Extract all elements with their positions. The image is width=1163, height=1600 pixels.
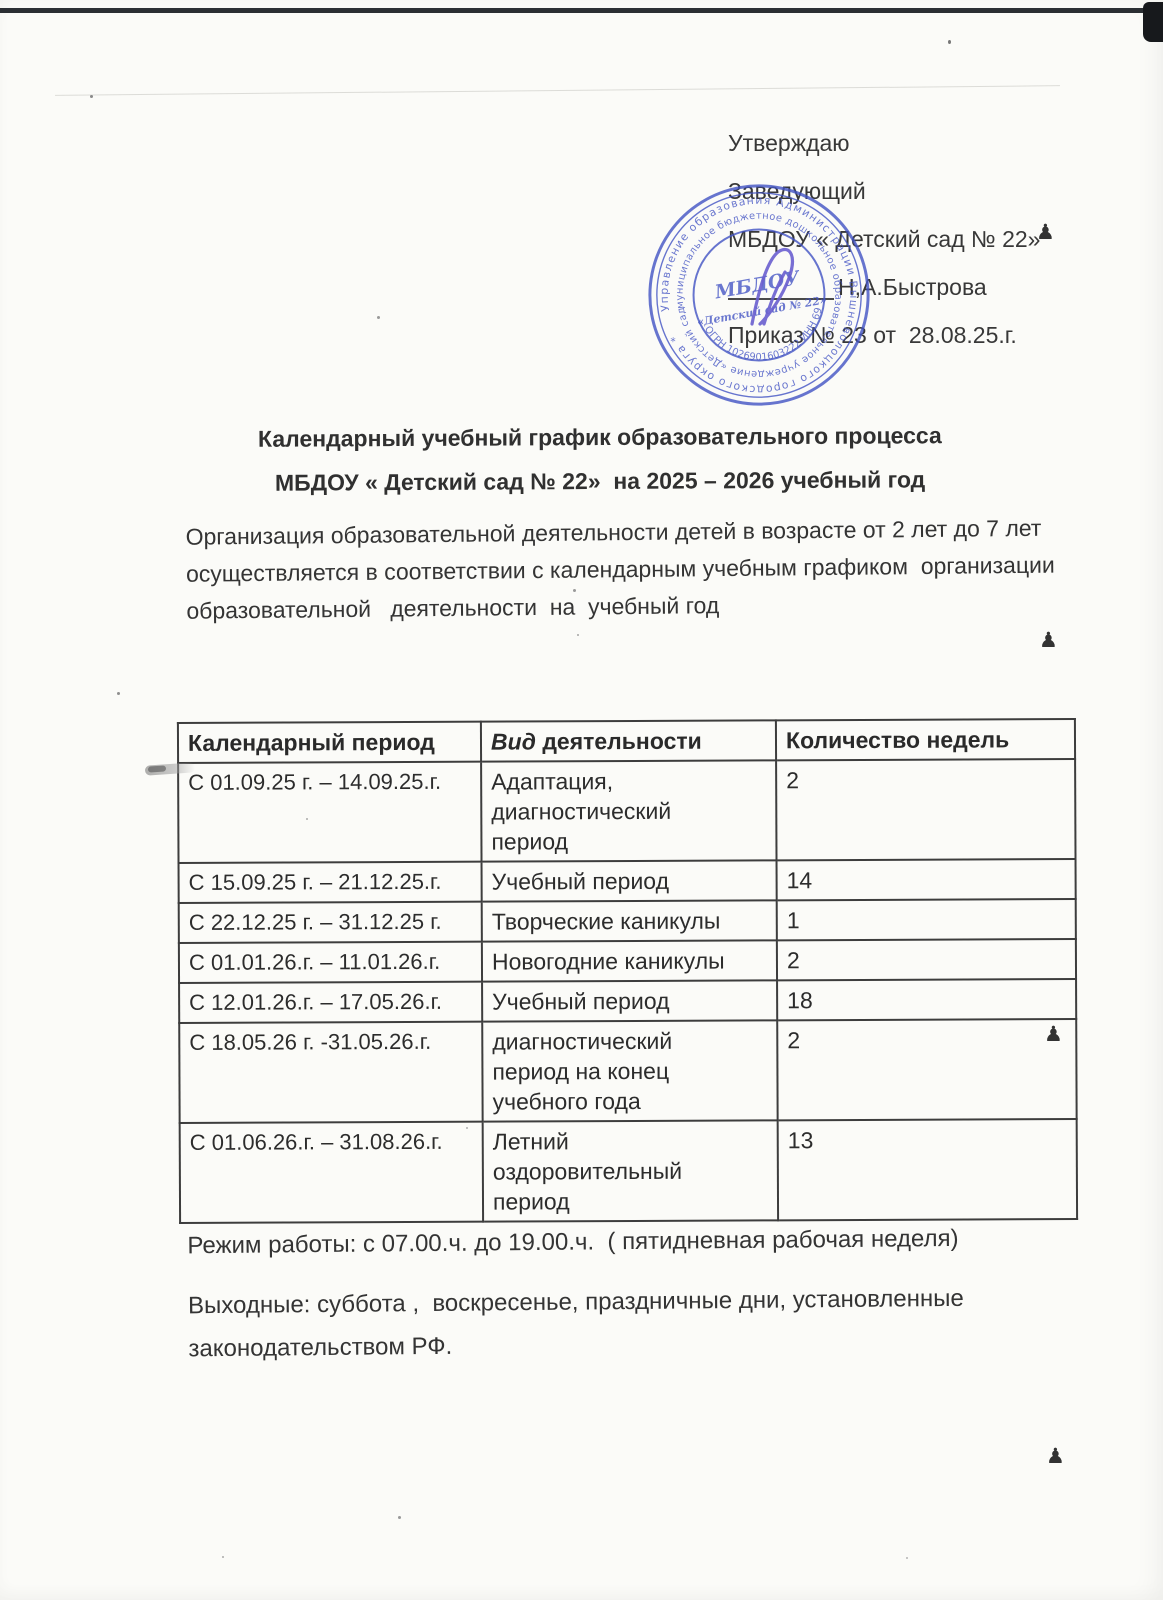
- scan-speck: [377, 316, 380, 319]
- cell-activity: Учебный период: [482, 980, 777, 1021]
- cell-activity: Новогодние каникулы: [482, 940, 777, 981]
- scan-hairline: [55, 85, 1060, 96]
- table-row: С 22.12.25 г. – 31.12.25 г. Творческие к…: [179, 899, 1076, 943]
- table-header-row: Календарный период Вид деятельности Коли…: [178, 719, 1075, 763]
- intro-paragraph: Организация образовательной деятельности…: [185, 509, 1086, 629]
- scan-smudge-core: [148, 765, 166, 772]
- pin-mark-icon: ♟: [1036, 222, 1055, 243]
- working-hours-line: Режим работы: с 07.00.ч. до 19.00.ч. ( п…: [187, 1224, 1087, 1261]
- scanned-document-page: Утверждаю Заведующий МБДОУ « Детский сад…: [0, 0, 1163, 1600]
- cell-period: С 01.01.26.г. – 11.01.26.г.: [179, 942, 482, 983]
- table-row: С 12.01.26.г. – 17.05.26.г. Учебный пери…: [179, 979, 1076, 1023]
- scan-speck: [90, 95, 93, 98]
- scan-speck: [222, 1556, 224, 1558]
- cell-weeks: 1: [777, 899, 1076, 940]
- cell-weeks: 2: [777, 1019, 1076, 1120]
- cell-weeks: 13: [778, 1119, 1077, 1220]
- cell-period: С 18.05.26 г. -31.05.26.г.: [179, 1022, 482, 1123]
- cell-activity: Адаптация, диагностический период: [481, 760, 776, 861]
- scan-speck: [117, 692, 120, 695]
- weekend-lines: Выходные: суббота , воскресенье, праздни…: [188, 1276, 1089, 1371]
- cell-weeks: 14: [777, 859, 1076, 900]
- cell-period: С 01.09.25 г. – 14.09.25.г.: [178, 762, 481, 863]
- schedule-table: Календарный период Вид деятельности Коли…: [177, 718, 1078, 1224]
- scan-speck: [573, 589, 576, 592]
- col-header-weeks: Количество недель: [776, 719, 1075, 760]
- cell-activity: Творческие каникулы: [482, 900, 777, 941]
- col-header-activity: Вид деятельности: [481, 720, 776, 761]
- cell-activity: диагностический период на конец учебного…: [482, 1020, 777, 1121]
- table-row: С 18.05.26 г. -31.05.26.г. диагностическ…: [179, 1019, 1076, 1123]
- title-line-1: Календарный учебный график образовательн…: [100, 421, 1100, 453]
- cell-weeks: 2: [777, 939, 1076, 980]
- scan-speck: [577, 634, 579, 636]
- pin-mark-icon: ♟: [1046, 1446, 1065, 1467]
- scan-speck: [906, 1557, 908, 1559]
- pin-mark-icon: ♟: [1039, 630, 1058, 651]
- document-title: Календарный учебный график образовательн…: [100, 421, 1100, 497]
- col-header-period: Календарный период: [178, 722, 481, 763]
- scan-speck: [948, 40, 951, 44]
- scan-speck: [306, 818, 308, 820]
- cell-weeks: 2: [776, 759, 1075, 860]
- scan-corner-mark: [1143, 2, 1163, 42]
- col-header-activity-emphasis: Вид: [491, 728, 536, 754]
- handwritten-signature-icon: [700, 232, 860, 342]
- cell-period: С 15.09.25 г. – 21.12.25.г.: [179, 862, 482, 903]
- cell-period: С 01.06.26.г. – 31.08.26.г.: [180, 1122, 483, 1223]
- approval-approve-label: Утверждаю: [728, 130, 1088, 156]
- cell-period: С 12.01.26.г. – 17.05.26.г.: [179, 982, 482, 1023]
- table-row: С 15.09.25 г. – 21.12.25.г. Учебный пери…: [179, 859, 1076, 903]
- cell-weeks: 18: [777, 979, 1076, 1020]
- cell-period: С 22.12.25 г. – 31.12.25 г.: [179, 902, 482, 943]
- scan-speck: [398, 1516, 401, 1519]
- footer-notes: Режим работы: с 07.00.ч. до 19.00.ч. ( п…: [187, 1224, 1088, 1371]
- table-row: С 01.01.26.г. – 11.01.26.г. Новогодние к…: [179, 939, 1076, 983]
- cell-activity: Учебный период: [482, 860, 777, 901]
- cell-activity: Летний оздоровительный период: [483, 1120, 778, 1221]
- table-row: С 01.09.25 г. – 14.09.25.г. Адаптация, д…: [178, 759, 1075, 863]
- scan-edge-line: [0, 8, 1163, 13]
- table-row: С 01.06.26.г. – 31.08.26.г. Летний оздор…: [180, 1119, 1077, 1223]
- title-line-2: МБДОУ « Детский сад № 22» на 2025 – 2026…: [100, 465, 1100, 497]
- scan-speck: [466, 1127, 468, 1129]
